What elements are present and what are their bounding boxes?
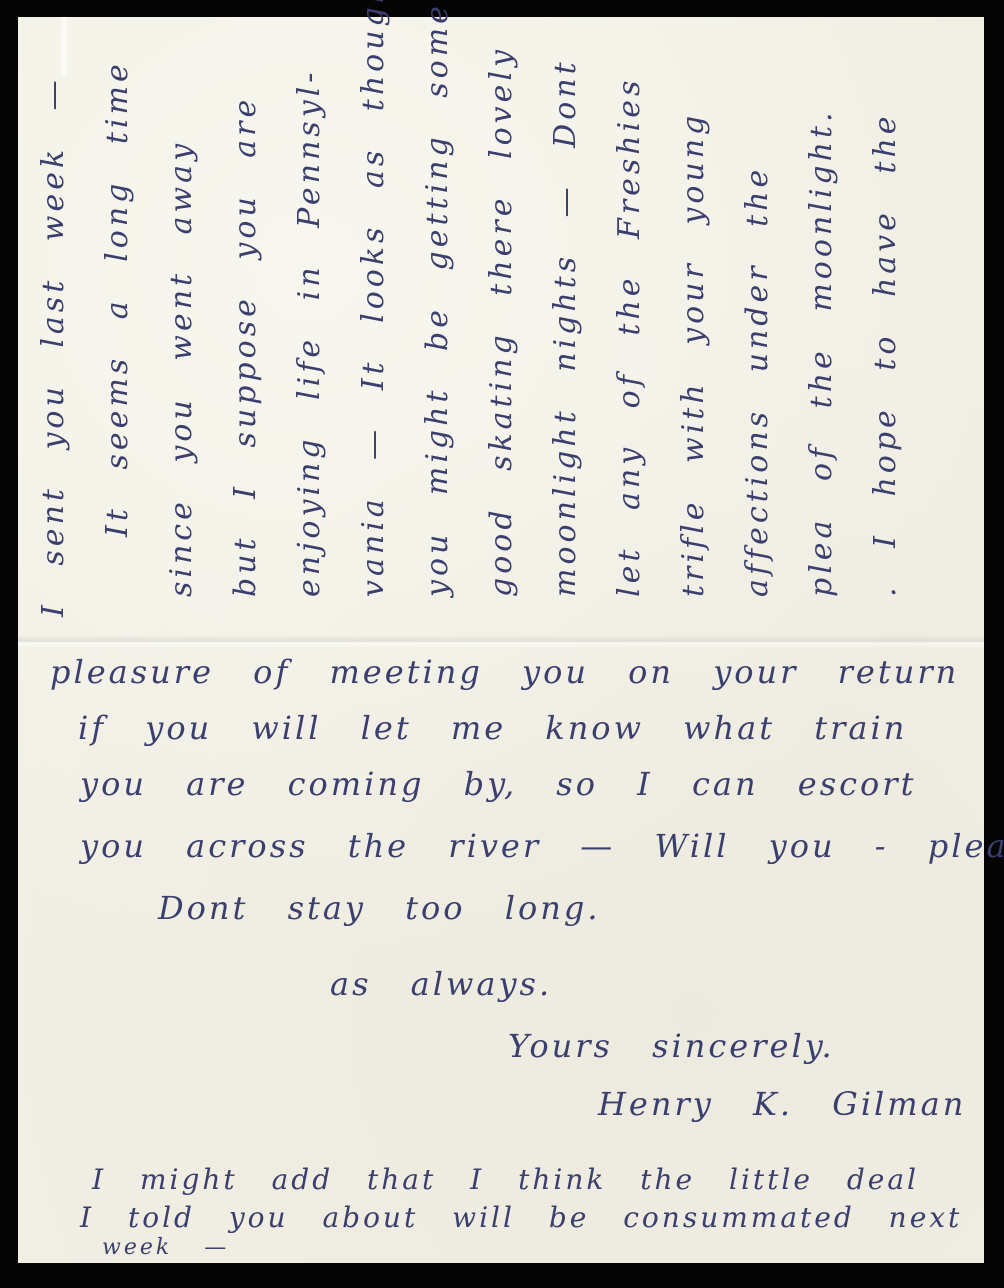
body-line: you are coming by, so I can escort xyxy=(80,765,916,803)
rotated-line: plea of the moonlight. xyxy=(804,108,839,597)
signature: Henry K. Gilman — xyxy=(598,1085,1004,1123)
rotated-line: enjoying life in Pennsyl- xyxy=(292,69,327,597)
rotated-line: good skating there lovely xyxy=(484,46,519,597)
horizontal-fold-line xyxy=(18,635,984,649)
rotated-line: It seems a long time xyxy=(100,60,135,537)
body-line: if you will let me know what train xyxy=(78,709,907,747)
rotated-line: vania — It looks as though xyxy=(356,0,391,597)
body-line: Dont stay too long. xyxy=(158,889,601,927)
rotated-text-section: I sent you last week — It seems a long t… xyxy=(28,27,968,617)
postscript-line: I told you about will be consummated nex… xyxy=(80,1201,962,1234)
postscript-line: I might add that I think the little deal xyxy=(92,1163,919,1196)
rotated-line: I sent you last week — xyxy=(36,76,71,617)
body-line: pleasure of meeting you on your return xyxy=(50,653,959,691)
body-line: you across the river — Will you - please… xyxy=(80,827,1004,865)
postscript-line: week — xyxy=(102,1235,229,1260)
rotated-line: . I hope to have the xyxy=(868,112,903,597)
rotated-line: moonlight nights — Dont xyxy=(548,58,583,597)
letter-page: I sent you last week — It seems a long t… xyxy=(18,17,984,1263)
rotated-line: let any of the Freshies xyxy=(612,77,647,597)
rotated-line: but I suppose you are xyxy=(228,96,263,597)
closing-line: as always. xyxy=(330,965,552,1003)
rotated-line: affections under the xyxy=(740,166,775,597)
rotated-line: you might be getting some xyxy=(420,2,455,597)
closing-line: Yours sincerely. xyxy=(508,1027,835,1065)
rotated-line: since you went away xyxy=(164,140,199,597)
rotated-line: trifle with your young xyxy=(676,112,711,597)
